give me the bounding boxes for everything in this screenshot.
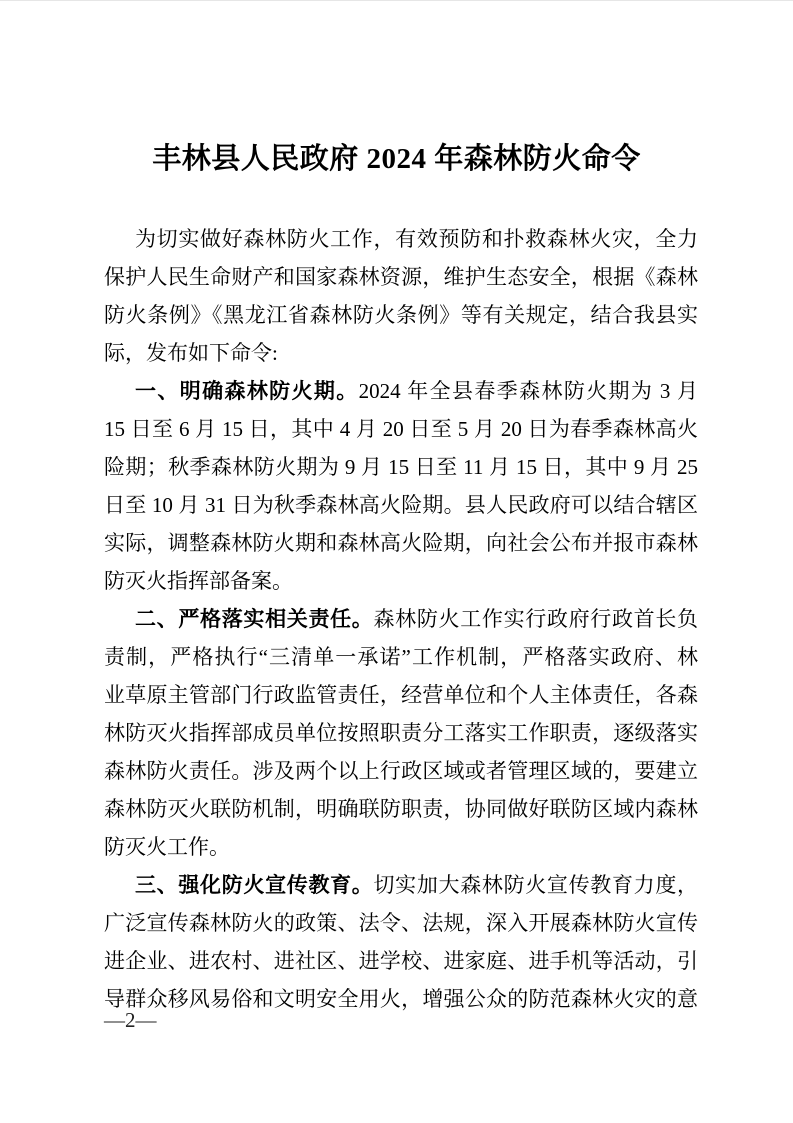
paragraph-text: 为切实做好森林防火工作，有效预防和扑救森林火灾，全力 <box>135 227 698 251</box>
text-line: 险期；秋季森林防火期为 9 月 15 日至 11 月 15 日，其中 9 月 2… <box>104 448 698 486</box>
text-line: 为切实做好森林防火工作，有效预防和扑救森林火灾，全力 <box>104 220 698 258</box>
section-heading: 一、明确森林防火期。 <box>135 380 359 403</box>
text-line: 森林防灭火联防机制，明确联防职责，协同做好联防区域内森林 <box>104 790 698 828</box>
text-line: 责制，严格执行“三清单一承诺”工作机制，严格落实政府、林 <box>104 638 698 676</box>
paragraph-text: 森林防火工作实行政府行政首长负 <box>373 607 698 631</box>
text-line: 业草原主管部门行政监管责任，经营单位和个人主体责任，各森 <box>104 676 698 714</box>
text-line: 广泛宣传森林防火的政策、法令、法规，深入开展森林防火宣传 <box>104 904 698 942</box>
document-title: 丰林县人民政府 2024 年森林防火命令 <box>0 139 793 179</box>
text-line: 林防灭火指挥部成员单位按照职责分工落实工作职责，逐级落实 <box>104 714 698 752</box>
text-line: 防灭火工作。 <box>104 828 698 866</box>
text-line: 防火条例》《黑龙江省森林防火条例》等有关规定，结合我县实 <box>104 296 698 334</box>
text-line: 际，发布如下命令: <box>104 334 698 372</box>
text-line: 实际，调整森林防火期和森林高火险期，向社会公布并报市森林 <box>104 524 698 562</box>
paragraph-text: 2024 年全县春季森林防火期为 3 月 <box>359 379 698 403</box>
text-line: 进企业、进农村、进社区、进学校、进家庭、进手机等活动，引 <box>104 942 698 980</box>
paragraph-text: 切实加大森林防火宣传教育力度， <box>373 873 698 897</box>
text-line: 保护人民生命财产和国家森林资源，维护生态安全，根据《森林 <box>104 258 698 296</box>
text-line: 二、严格落实相关责任。森林防火工作实行政府行政首长负 <box>104 600 698 638</box>
text-line: 15 日至 6 月 15 日，其中 4 月 20 日至 5 月 20 日为春季森… <box>104 410 698 448</box>
page-number: —2— <box>104 1003 157 1037</box>
section-heading: 三、强化防火宣传教育。 <box>135 874 373 897</box>
document-body: 为切实做好森林防火工作，有效预防和扑救森林火灾，全力 保护人民生命财产和国家森林… <box>104 220 698 1018</box>
document-page: 丰林县人民政府 2024 年森林防火命令 为切实做好森林防火工作，有效预防和扑救… <box>0 0 793 1123</box>
text-line: 防灭火指挥部备案。 <box>104 562 698 600</box>
text-line: 森林防火责任。涉及两个以上行政区域或者管理区域的，要建立 <box>104 752 698 790</box>
text-line: 三、强化防火宣传教育。切实加大森林防火宣传教育力度， <box>104 866 698 904</box>
text-line: 导群众移风易俗和文明安全用火，增强公众的防范森林火灾的意 <box>104 980 698 1018</box>
text-line: 日至 10 月 31 日为秋季森林高火险期。县人民政府可以结合辖区 <box>104 486 698 524</box>
section-heading: 二、严格落实相关责任。 <box>135 608 373 631</box>
text-line: 一、明确森林防火期。2024 年全县春季森林防火期为 3 月 <box>104 372 698 410</box>
